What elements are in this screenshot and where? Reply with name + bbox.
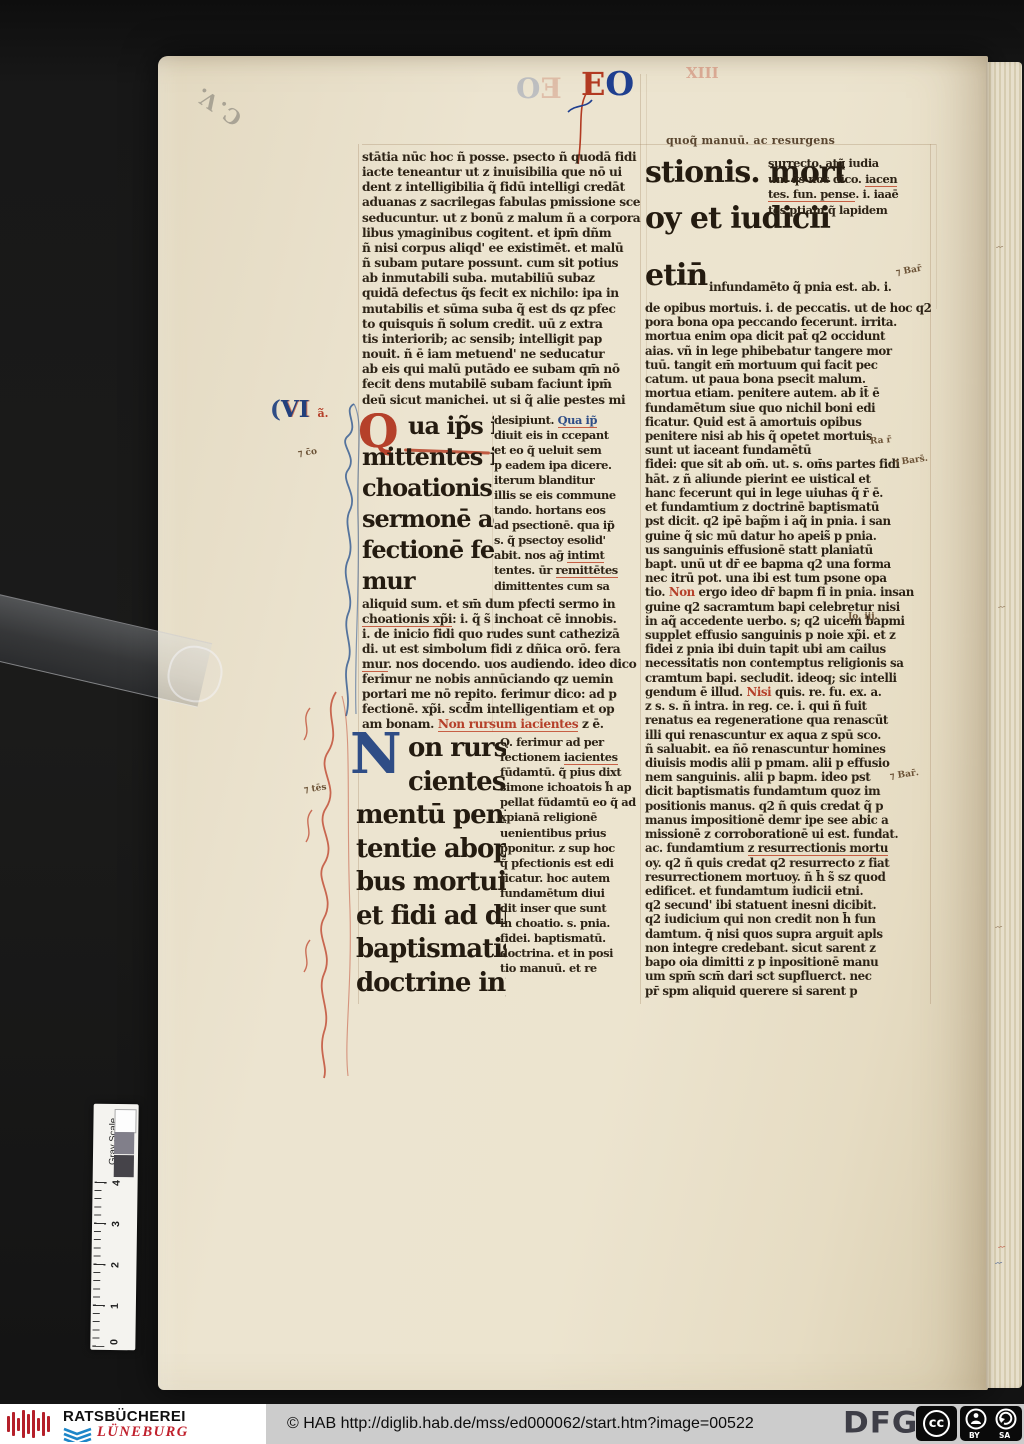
text-line: ferimur ne nobis annūciando qz uemin [362, 672, 642, 687]
stack-mark: ⌇ [992, 925, 1002, 930]
text-line: tes ptiam q̃ lapidem [768, 203, 933, 219]
text-line: abit. nos aḡ intimt [494, 548, 640, 563]
text-line: z s. s. ñ intra. in reg. ce. i. qui ñ fu… [645, 699, 933, 713]
chapter-bracket: ( [270, 396, 281, 423]
faint-folio-numeral: XIII [686, 64, 719, 82]
text-line: nouit. ñ ē iam metuend' ne seducatur [362, 347, 642, 362]
text-line: libus ymaginibus cogitent. et ipm̄ dñm [362, 226, 642, 241]
text-line: diuit eis in ccepant [494, 428, 640, 443]
text-line: pellat fūdamtū eo q̃ ad [500, 795, 642, 810]
text-line: hanc fecerunt qui in lege uiuhas q̃ r̄ ē… [645, 486, 933, 500]
text-line: dit inser que sunt [500, 901, 642, 916]
text-line: tes. fun. pense. i. iaaē [768, 187, 933, 203]
text-line: ua ip̃s inter [362, 410, 494, 441]
heading-continuation-large: etin̄ [645, 258, 707, 293]
text-line: 0 [108, 1334, 120, 1350]
text-line: quidā defectus q̃s fecit ex nichilo: ipa… [362, 286, 642, 301]
text-line: ñ saluabit. ea ñō renascuntur homines [645, 742, 933, 756]
ruling-line [936, 144, 937, 309]
manuscript-page: C.V. EO EO XIII quoq̃ manuū. ac resurgen… [158, 56, 988, 1390]
text-line: doctrine inpo [356, 967, 506, 1001]
text-line: 3 [110, 1216, 122, 1232]
lemma-block-1: ua ip̃s intermittentes inchoationis s̃se… [362, 410, 494, 600]
text-line: edificet. et fundamtum iudicii etni. [645, 884, 933, 898]
book-icon [63, 1425, 93, 1442]
cc-sa-label: SA [999, 1431, 1010, 1440]
ratsbuecherei-bars-icon [7, 1409, 57, 1439]
text-line: fectionē fera [362, 534, 494, 565]
text-line: bus mortuis [356, 866, 506, 900]
text-line: in choatio. s. pnia. [500, 916, 642, 931]
text-line: et eo q̃ ueluit sem [494, 443, 640, 458]
lemma-block-2: on rursū iacientes fūdamentū penitentie … [356, 732, 506, 1002]
text-line: pponitur. z sup hoc [500, 841, 642, 856]
text-line: mutabilis et sūma suba q̃ est ds qz pfec [362, 302, 642, 317]
heading-continuation-small: infundamēto q̃ pnia est. ab. i. [709, 280, 892, 294]
text-line: 2 [109, 1257, 121, 1273]
text-line: fundamētum diui [500, 886, 642, 901]
text-line: iterum blanditur [494, 473, 640, 488]
text-line: tis interiorib; ac sensib; intelligit pa… [362, 332, 642, 347]
text-line: pora bona opa peccando fecerunt. irrita. [645, 315, 933, 329]
text-line: in aq̃ accedente uerbo. s; q2 uicem bapm… [645, 614, 933, 628]
text-line: s. q̃ psectoy esolid' [494, 533, 640, 548]
gloss-column-2: Q. ferimur ad perfectionem iacientesfūda… [500, 735, 642, 979]
text-line: portari me nō repito. ferimur dico: ad p [362, 687, 642, 702]
text-line: renatus ea regeneratione qua renascūt [645, 713, 933, 727]
text-line: oy. q2 ñ quis credat q2 resurrecto z fia… [645, 856, 933, 870]
text-line: positionis manus. q2 ñ quis credat q̃ p [645, 799, 933, 813]
text-line: hāt. z ñ aliunde pierint ee uistical et [645, 472, 933, 486]
text-line: dent z intelligibilia q̃ fidū intelligi … [362, 180, 642, 195]
text-line: fidei: que sit ab om̄. ut. s. om̄s parte… [645, 457, 933, 471]
text-line: uenientibus prius [500, 826, 642, 841]
showthrough-letter: O [516, 72, 540, 105]
margin-note: Ra r̄ [870, 435, 892, 447]
text-line: et fidi ad dm̄ [356, 900, 506, 934]
running-header-showthrough: EO [516, 72, 562, 105]
text-line: sunt ut iaceant fundamētū [645, 443, 933, 457]
photograph-stage: C.V. EO EO XIII quoq̃ manuū. ac resurgen… [0, 0, 1024, 1444]
text-line: et fundamtium z doctrinē baptismatū [645, 500, 933, 514]
text-line: ñ subam putare possunt. cum sit potius [362, 256, 642, 271]
text-line: tando. hortans eos [494, 503, 640, 518]
text-line: damtum. q̄ nisi quos supra arguit apls [645, 927, 933, 941]
text-line: nec itrū pot. una ibi est tum psone opa [645, 571, 933, 585]
text-line: guine q2 sacramtum bapi celebretur nisi [645, 600, 933, 614]
text-line: choationis s̃ [362, 472, 494, 503]
red-vine-flourish [296, 690, 360, 1080]
text-line: deū sicut manichei. ut si q̃ alie pestes… [362, 393, 642, 408]
blue-pen-flourish [334, 400, 364, 720]
text-line: gendum ē illud. Nisi quis. re. fu. ex. a… [645, 685, 933, 699]
text-line: pst dicit. q2 ipē bap̃m i aq̃ in pnia. i… [645, 514, 933, 528]
text-line: 4 [111, 1175, 123, 1191]
text-line: illis se eis commune [494, 488, 640, 503]
book-page-stack: ⌇ ⌇ ⌇ ⌇ ⌇ [986, 62, 1022, 1388]
text-line: dimittentes cum sa [494, 579, 640, 594]
copyright-url-text: © HAB http://diglib.hab.de/mss/ed000062/… [287, 1415, 754, 1433]
text-line: ficatur. Quid est ā amortuis opibus [645, 415, 933, 429]
text-line: fectionem iacientes [500, 750, 642, 765]
text-line: fidei z pnia ibi duin tapit ubi am cailu… [645, 642, 933, 656]
chapter-numeral: VI [281, 396, 310, 423]
text-line: doctrina. et in posi [500, 946, 642, 961]
text-line: q̃ pfectionis est edi [500, 856, 642, 871]
text-line: bapt. unū ut dr̄ ee bapma q2 una forma [645, 557, 933, 571]
text-line: manus impositionē demr ipe see abic a [645, 813, 933, 827]
cc-license-icon: cc [916, 1406, 957, 1441]
text-line: fectionē. xp̃i. scd̄m intelligentiam et … [362, 702, 642, 717]
text-line: aduanas z sacrilegas fabulas pmissione s… [362, 195, 642, 210]
text-line: bapo oia dimitti z p inpositionē manu [645, 955, 933, 969]
text-line: ac. fundamtium z resurrectionis mortu [645, 841, 933, 855]
library-name-line1: RATSBÜCHEREI [63, 1408, 186, 1425]
text-line: mur. nos docendo. uos audiendo. ideo dic… [362, 657, 642, 672]
text-line: tentie abopi [356, 833, 506, 867]
library-name-line2: LÜNEBURG [97, 1424, 189, 1441]
text-line: catum. ut paua bona psecit malum. [645, 372, 933, 386]
text-line: aliquid sum. et sm̄ dum pfecti sermo in [362, 597, 642, 612]
text-line: p eadem ipa dicere. [494, 458, 640, 473]
column-caption: quoq̃ manuū. ac resurgens [666, 134, 835, 147]
text-line: tio manuū. et re [500, 961, 642, 976]
text-line: de opibus mortuis. i. de peccatis. ut de… [645, 301, 933, 315]
showthrough-letter: E [540, 72, 561, 105]
text-line: missionē z corroborationē ui est. fundat… [645, 827, 933, 841]
footer-bar: RATSBÜCHEREI LÜNEBURG © HAB http://digli… [0, 1404, 1024, 1444]
text-line: choationis xp̃i: i. q̃ s̃ inchoat cē inn… [362, 612, 642, 627]
text-line: stātia nūc hoc ñ posse. psecto ñ quodā f… [362, 150, 642, 165]
left-column-paragraph-2: aliquid sum. et sm̄ dum pfecti sermo inc… [362, 597, 642, 733]
text-line: i. de inicio fidi quo rudes sunt cathezi… [362, 627, 642, 642]
text-line: guine q̃ sic mū datur ho apeis̃ p pnia. [645, 529, 933, 543]
text-line: baptismatis [356, 933, 506, 967]
ruler-numbers: 43210 [90, 1104, 138, 1351]
text-line: mittentes in [362, 441, 494, 472]
text-line: supplet effusio sanguinis p noie xp̃i. e… [645, 628, 933, 642]
left-column-paragraph: stātia nūc hoc ñ posse. psecto ñ quodā f… [362, 150, 642, 409]
text-line: dicit baptismatis fundamtum quoz im [645, 784, 933, 798]
chapter-flourish: a᷉. [318, 407, 329, 420]
text-line: Q. ferimur ad per [500, 735, 642, 750]
text-line: um q̃s nos dico. iacen [768, 172, 933, 188]
text-line: iacte teneantur ut z inuisibilia que nō … [362, 165, 642, 180]
text-line: ab inmutabili suba. mutabiliū subaz [362, 271, 642, 286]
cc-by-label: BY [969, 1431, 980, 1440]
text-line: 1 [109, 1298, 121, 1314]
stack-mark-red: ⌇ [995, 1245, 1005, 1250]
cc-by-sa-icon: BY SA [960, 1406, 1022, 1441]
text-line: fecit dens mutabilē subam faciunt ipm̄ [362, 377, 642, 392]
text-line: simone ichoatois h̃ ap [500, 780, 642, 795]
text-line: on rursū ia [356, 732, 506, 766]
margin-note: Jo. iij. [848, 612, 878, 622]
text-line: mortua etiam. penitere autem. ab it̄ ē [645, 386, 933, 400]
stack-mark: ⌇ [995, 605, 1005, 610]
library-logo-box: RATSBÜCHEREI LÜNEBURG [0, 1404, 266, 1444]
right-heading-gloss: surrecto. atq̃ iudiaum q̃s nos dico. iac… [768, 156, 933, 220]
text-line: mortua enim opa dicit pat̄ q2 occidunt [645, 329, 933, 343]
gray-scale-ruler: Gray Scale 43210 [90, 1104, 138, 1351]
text-line: desipiunt. Qua ip̃ [494, 413, 640, 428]
text-line: aias. vñ in lege phibebatur tangere mor [645, 344, 933, 358]
text-line: cramtum bapi. secludit. ideoq; sic intel… [645, 671, 933, 685]
text-line: ab eis qui malū putādo ee subam qm̄ nō [362, 362, 642, 377]
text-line: fidei. baptismatū. [500, 931, 642, 946]
running-header-blue-letter: O [605, 64, 634, 103]
stack-mark: ⌇ [993, 245, 1003, 250]
text-line: am bonam. Non rursum iacientes z ē. [362, 717, 642, 732]
text-line: cientes fūda [356, 766, 506, 800]
stack-mark-blue: ⌇ [992, 1261, 1002, 1266]
text-line: xpianā religionē [500, 810, 642, 825]
text-line: fundamētum siue quo nichil boni edi [645, 401, 933, 415]
cc-circle: cc [923, 1410, 950, 1437]
pencil-shelfmark: C.V. [189, 82, 246, 132]
text-line: seducuntur. ut z bonū z malum ñ a corpor… [362, 211, 642, 226]
text-line: us sanguinis effusionē statt planiatū [645, 543, 933, 557]
text-line: tentes. ūr remittētes [494, 563, 640, 578]
dfg-logo: DFG [843, 1406, 918, 1440]
margin-note: ⁊ Bar̄ [895, 264, 922, 278]
text-line: illi qui renascuntur ex aqua z spū sco. [645, 728, 933, 742]
text-line: mur [362, 565, 494, 596]
ruling-line [362, 144, 936, 145]
text-line: ad psectionē. qua ip̃ [494, 518, 640, 533]
text-line: q2 iudicium qui non credit non h̄ fun [645, 912, 933, 926]
right-column-paragraph: de opibus mortuis. i. de peccatis. ut de… [645, 301, 933, 1001]
text-line: q2 secund' ibi statuent inesni dicibit. [645, 898, 933, 912]
text-line: sermonē ad p [362, 503, 494, 534]
margin-note: ⁊ c̄o [297, 447, 317, 460]
text-line: necessitatis non contemptus religionis s… [645, 656, 933, 670]
text-line: surrecto. atq̃ iudia [768, 156, 933, 172]
text-line: fūdamtū. q̃ pius dixt [500, 765, 642, 780]
text-line: ficatur. hoc autem [500, 871, 642, 886]
text-line: ñ nisi corpus aliqd' ee existimēt. et ma… [362, 241, 642, 256]
text-line: di. ut est simbolum fidi z dñica orō. fe… [362, 642, 642, 657]
text-line: diuisis modis alii p pmam. alii p effusi… [645, 756, 933, 770]
text-line: resurrectionem mortuoy. ñ h̄ s̃ sz quod [645, 870, 933, 884]
text-line: pr̄ spm aliquid querere si sarent p [645, 984, 933, 998]
text-line: um spm̄ scm̄ dari sct supfluerct. nec [645, 969, 933, 983]
gloss-column-1: desipiunt. Qua ip̃diuit eis in ccepantet… [494, 413, 640, 595]
text-line: tuū. tangit em̄ mortuum qui facit pec [645, 358, 933, 372]
text-line: mentū peni [356, 799, 506, 833]
text-line: to quisquis ñ solum credit. uū z extra [362, 317, 642, 332]
text-line: non integre credebant. sicut sarent z [645, 941, 933, 955]
text-line: tio. Non ergo ideo dr̄ bapm fi in pnia. … [645, 585, 933, 599]
